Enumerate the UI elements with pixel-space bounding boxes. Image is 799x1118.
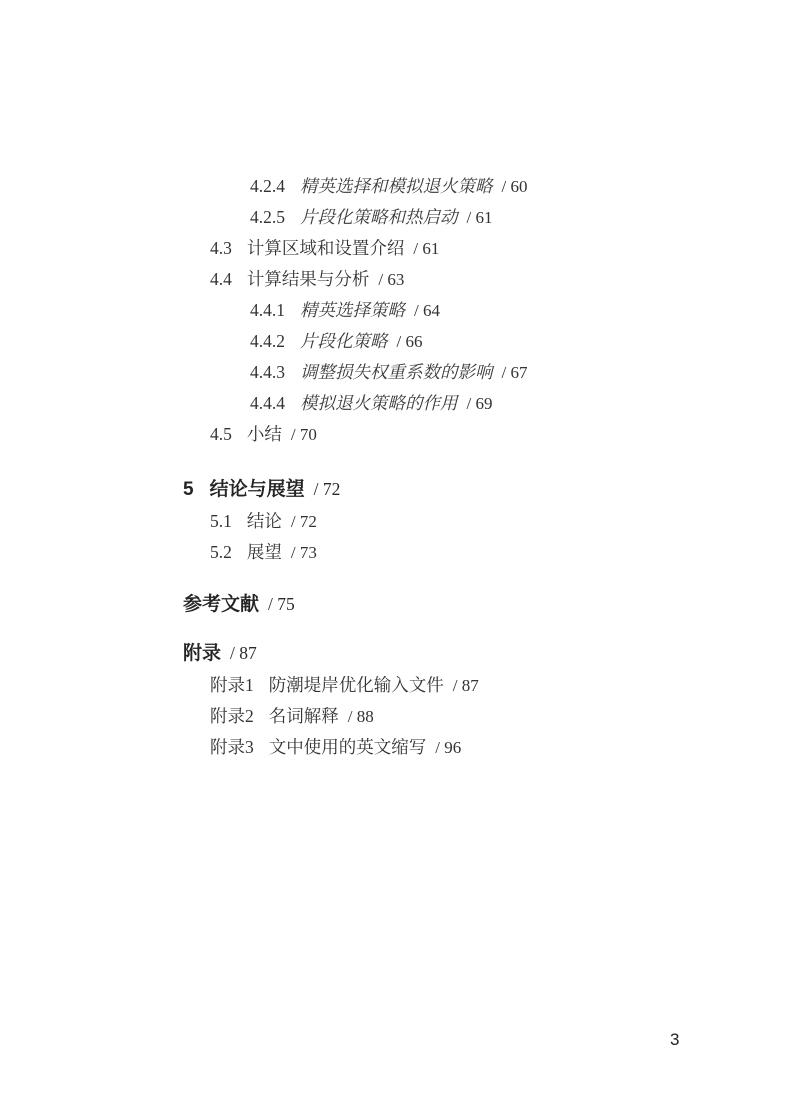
- toc-entry: 4.4.4模拟退火策略的作用/ 69: [183, 388, 527, 419]
- toc-entry: 5.1结论/ 72: [183, 506, 527, 537]
- toc-entry-page: / 70: [291, 425, 317, 444]
- toc-entry-number: 4.2.4: [250, 171, 285, 202]
- toc-entry-number: 4.4.1: [250, 295, 285, 326]
- toc-entry-title: 参考文献: [183, 594, 259, 615]
- toc-entry-page: / 75: [268, 594, 295, 614]
- toc-entry: 5.2展望/ 73: [183, 537, 527, 568]
- toc-entry: 4.2.5片段化策略和热启动/ 61: [183, 202, 527, 233]
- toc-entry-appendix: 附录/ 87: [183, 637, 527, 670]
- toc-entry: 4.4计算结果与分析/ 63: [183, 264, 527, 295]
- toc-entry: 4.4.3调整损失权重系数的影响/ 67: [183, 357, 527, 388]
- toc-entry-number: 4.5: [210, 419, 232, 450]
- toc-entry-page: / 73: [291, 543, 317, 562]
- toc-entry-title: 模拟退火策略的作用: [300, 393, 458, 413]
- toc-entry-title: 计算结果与分析: [247, 269, 370, 289]
- page-number: 3: [670, 1030, 679, 1050]
- toc-entry: 4.3计算区域和设置介绍/ 61: [183, 233, 527, 264]
- toc-entry-number: 附录3: [210, 732, 254, 763]
- toc-entry-page: / 67: [502, 363, 528, 382]
- toc-entry-page: / 96: [435, 738, 461, 757]
- toc-entry-title: 计算区域和设置介绍: [247, 238, 405, 258]
- toc-entry-title: 文中使用的英文缩写: [269, 737, 427, 757]
- toc-entry-number: 4.4.2: [250, 326, 285, 357]
- toc-entry-page: / 61: [413, 239, 439, 258]
- toc-entry: 4.2.4精英选择和模拟退火策略/ 60: [183, 171, 527, 202]
- toc-entry: 附录1防潮堤岸优化输入文件/ 87: [183, 670, 527, 701]
- toc-entry-references: 参考文献/ 75: [183, 588, 527, 621]
- toc-entry-chapter5: 5结论与展望/ 72: [183, 473, 527, 506]
- toc-entry-title: 结论与展望: [210, 479, 305, 500]
- toc-entry-title: 调整损失权重系数的影响: [300, 362, 493, 382]
- toc-entry-title: 防潮堤岸优化输入文件: [269, 675, 444, 695]
- table-of-contents: 4.2.4精英选择和模拟退火策略/ 60 4.2.5片段化策略和热启动/ 61 …: [183, 171, 527, 763]
- toc-entry-title: 展望: [247, 542, 282, 562]
- toc-entry: 附录2名词解释/ 88: [183, 701, 527, 732]
- toc-entry: 4.5小结/ 70: [183, 419, 527, 450]
- toc-entry-number: 附录2: [210, 701, 254, 732]
- toc-entry: 4.4.2片段化策略/ 66: [183, 326, 527, 357]
- toc-entry-page: / 60: [502, 177, 528, 196]
- toc-entry-number: 4.2.5: [250, 202, 285, 233]
- toc-entry-number: 4.4.4: [250, 388, 285, 419]
- toc-entry-title: 结论: [247, 511, 282, 531]
- toc-entry-page: / 66: [397, 332, 423, 351]
- toc-entry-title: 精英选择和模拟退火策略: [300, 176, 493, 196]
- toc-entry-number: 4.4: [210, 264, 232, 295]
- toc-entry-title: 精英选择策略: [300, 300, 405, 320]
- toc-entry-number: 4.4.3: [250, 357, 285, 388]
- toc-entry-title: 片段化策略和热启动: [300, 207, 458, 227]
- toc-entry-number: 5: [183, 474, 194, 506]
- toc-entry-page: / 72: [314, 479, 341, 499]
- toc-entry-page: / 64: [414, 301, 440, 320]
- toc-entry-page: / 72: [291, 512, 317, 531]
- toc-entry-number: 5.2: [210, 537, 232, 568]
- toc-entry-number: 5.1: [210, 506, 232, 537]
- toc-entry-page: / 87: [453, 676, 479, 695]
- toc-entry-title: 小结: [247, 424, 282, 444]
- toc-entry-number: 附录1: [210, 670, 254, 701]
- toc-entry-page: / 69: [467, 394, 493, 413]
- toc-entry-number: 4.3: [210, 233, 232, 264]
- toc-entry-title: 名词解释: [269, 706, 339, 726]
- toc-entry-page: / 61: [467, 208, 493, 227]
- toc-entry-page: / 63: [378, 270, 404, 289]
- toc-entry-page: / 87: [230, 643, 257, 663]
- toc-entry: 4.4.1精英选择策略/ 64: [183, 295, 527, 326]
- toc-entry-page: / 88: [348, 707, 374, 726]
- toc-entry-title: 片段化策略: [300, 331, 388, 351]
- toc-entry: 附录3文中使用的英文缩写/ 96: [183, 732, 527, 763]
- toc-entry-title: 附录: [183, 643, 221, 664]
